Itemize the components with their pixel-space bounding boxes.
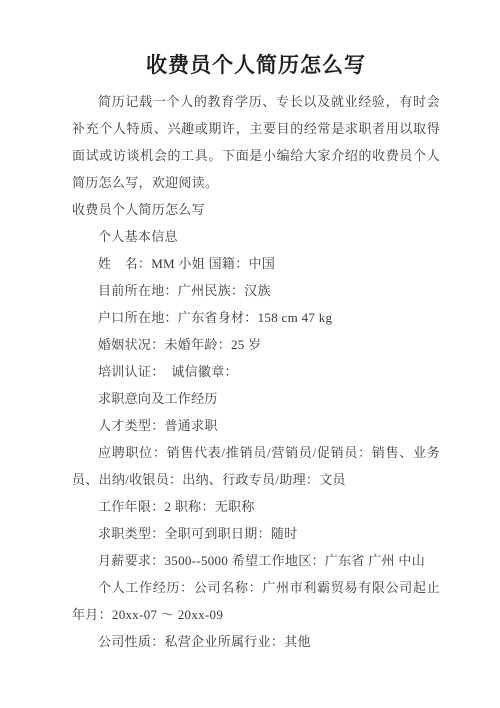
article-page: 收费员个人简历怎么写 简历记载一个人的教育学历、专长以及就业经验，有时会补充个人… <box>0 0 500 708</box>
field-company-nature-industry: 公司性质：私营企业所属行业：其他 <box>72 628 440 655</box>
field-training-certification: 培训认证： 诚信徽章： <box>72 358 440 385</box>
field-work-years-job-title: 工作年限：2 职称：无职称 <box>72 493 440 520</box>
section-heading-basic-info: 个人基本信息 <box>72 223 440 250</box>
field-household-location-body: 户口所在地：广东省身材：158 cm 47 kg <box>72 304 440 331</box>
article-subtitle: 收费员个人简历怎么写 <box>72 196 440 223</box>
section-heading-job-intention: 求职意向及工作经历 <box>72 385 440 412</box>
intro-paragraph: 简历记载一个人的教育学历、专长以及就业经验，有时会补充个人特质、兴趣或期许，主要… <box>72 88 440 196</box>
field-current-location-ethnicity: 目前所在地：广州民族：汉族 <box>72 277 440 304</box>
article-title: 收费员个人简历怎么写 <box>72 50 440 80</box>
field-name-nationality: 姓 名：MM 小姐 国籍：中国 <box>72 250 440 277</box>
field-work-experience-company: 个人工作经历：公司名称：广州市利霸贸易有限公司起止年月：20xx-07 ～ 20… <box>72 574 440 628</box>
field-applied-positions: 应聘职位：销售代表/推销员/营销员/促销员：销售、业务员、出纳/收银员：出纳、行… <box>72 439 440 493</box>
field-salary-work-region: 月薪要求：3500--5000 希望工作地区：广东省 广州 中山 <box>72 547 440 574</box>
field-talent-type: 人才类型：普通求职 <box>72 412 440 439</box>
field-marital-status-age: 婚姻状况：未婚年龄：25 岁 <box>72 331 440 358</box>
field-job-type-available-date: 求职类型：全职可到职日期：随时 <box>72 520 440 547</box>
